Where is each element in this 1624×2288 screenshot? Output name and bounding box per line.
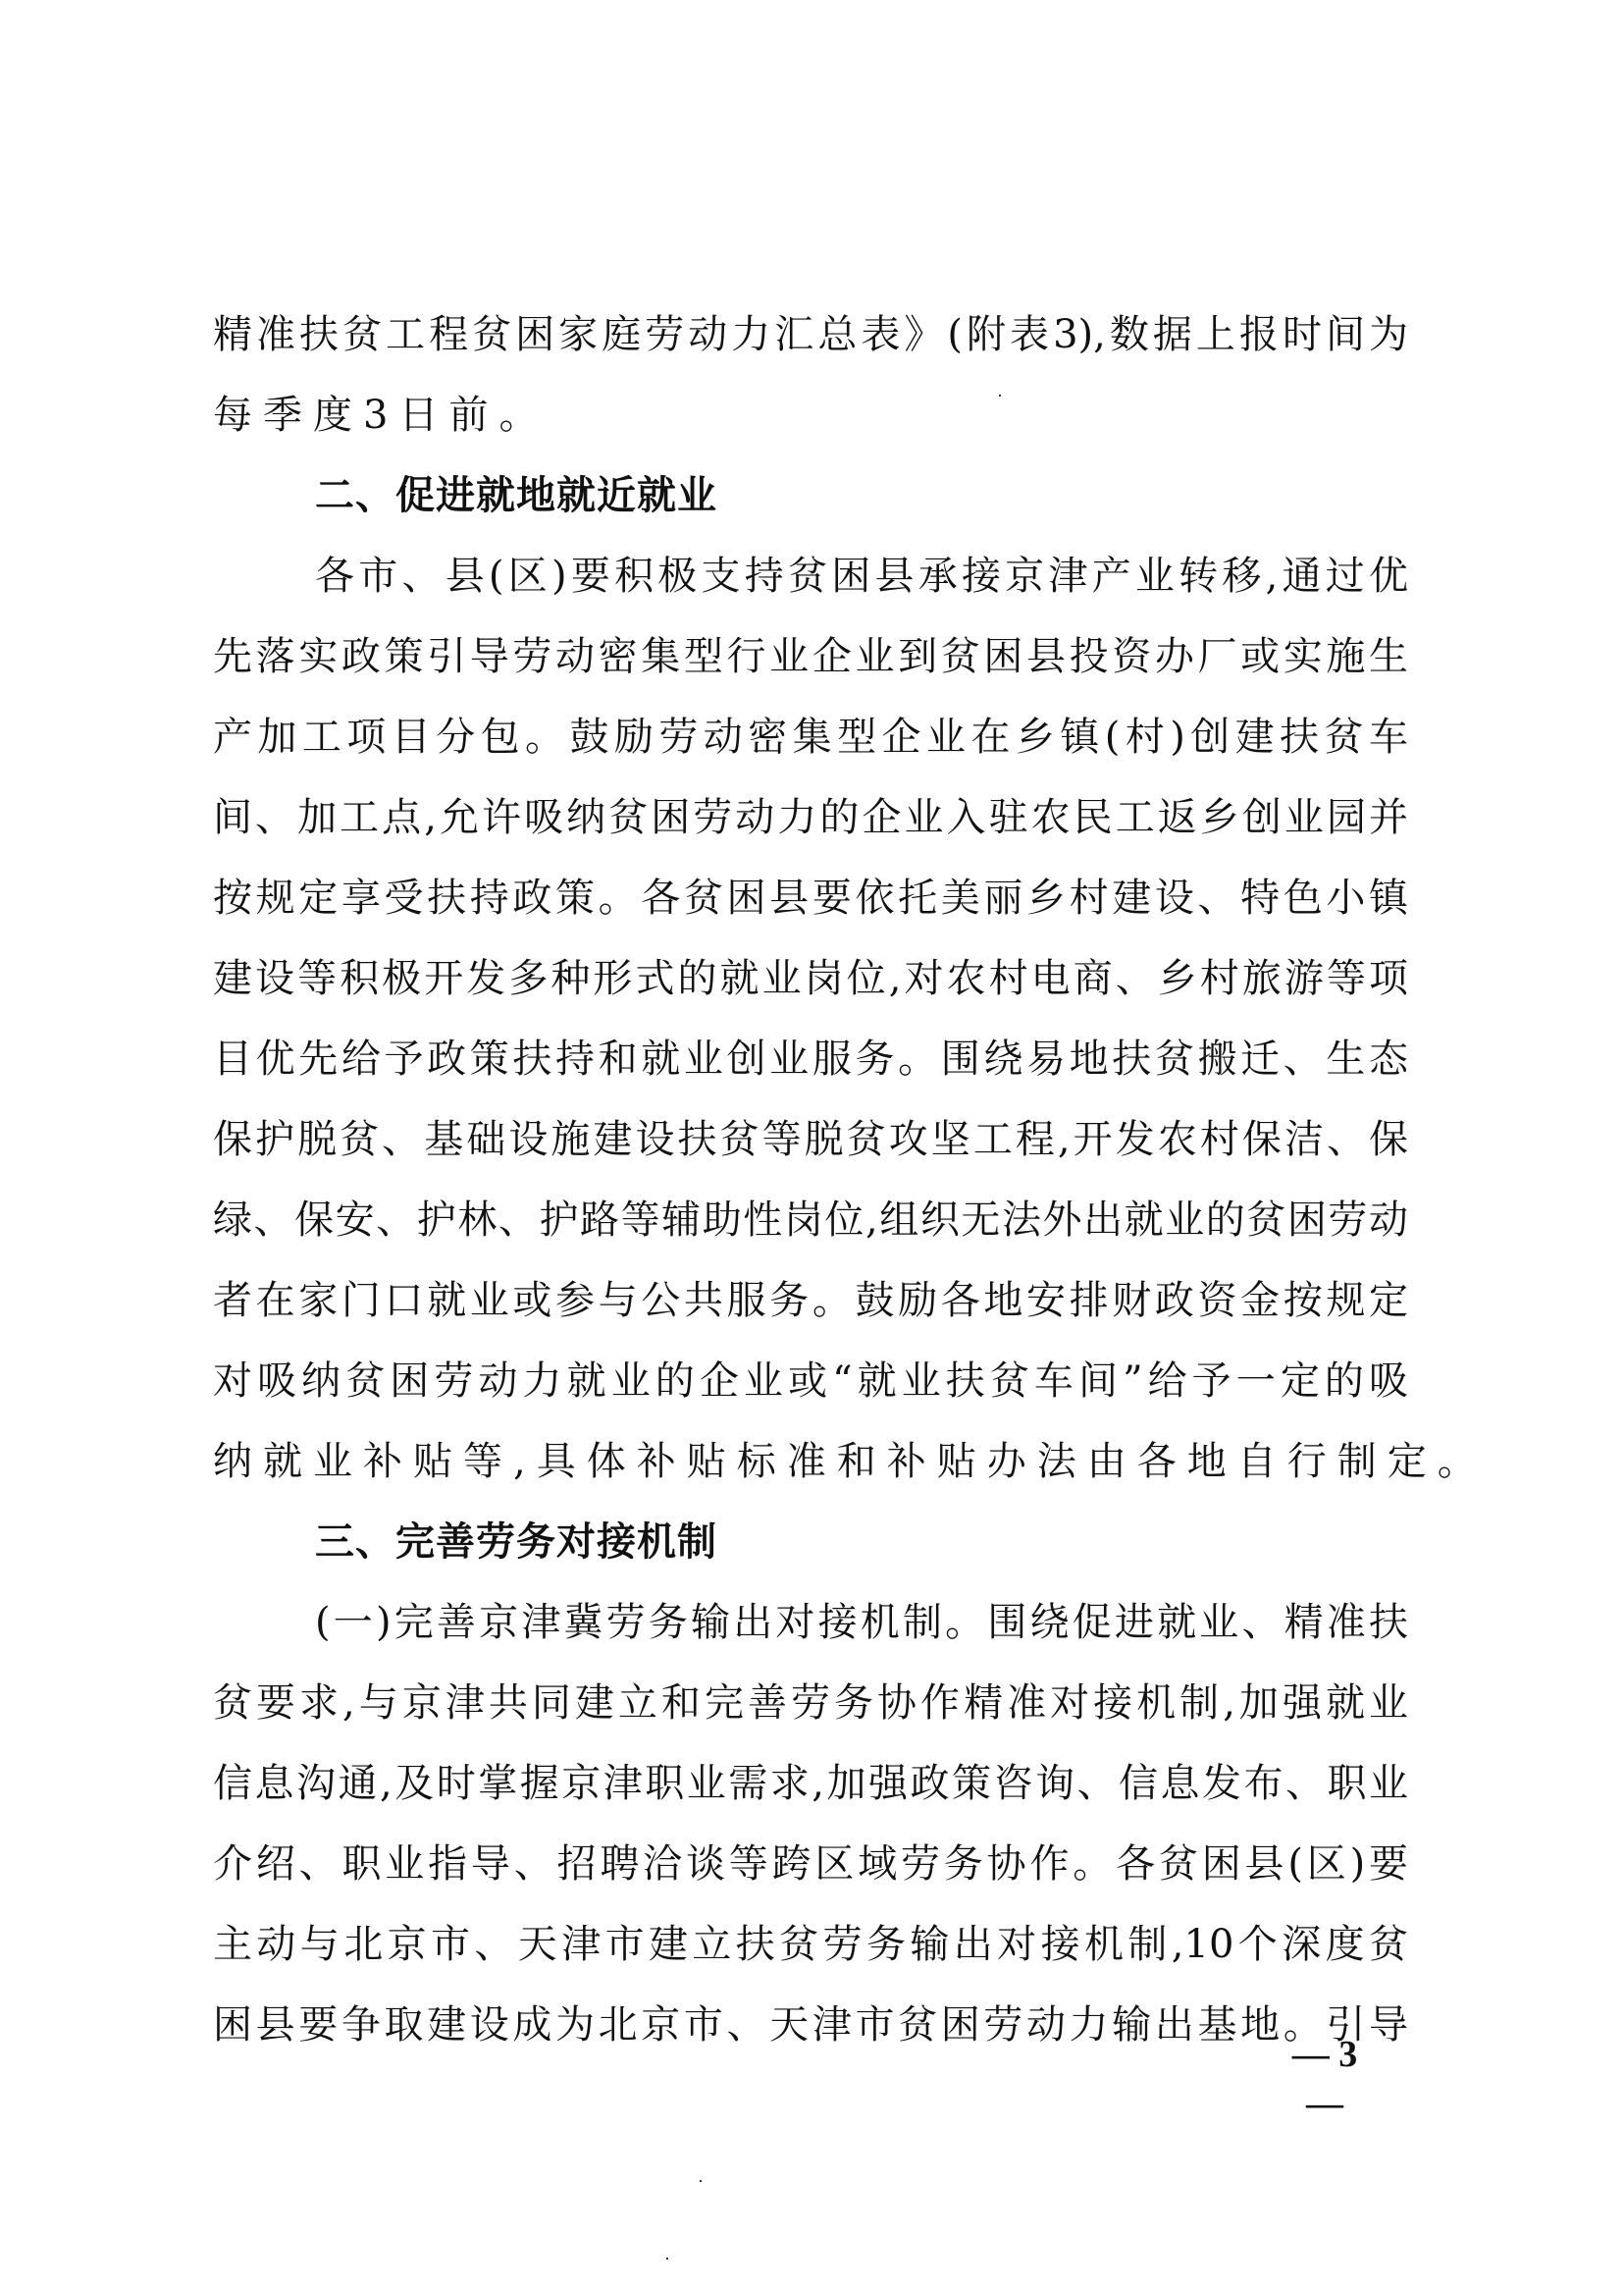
body-line: 精准扶贫工程贫困家庭劳动力汇总表》(附表3),数据上报时间为 [213, 294, 1408, 375]
body-line: 主动与北京市、天津市建立扶贫劳务输出对接机制,10个深度贫 [213, 1904, 1408, 1985]
body-line: 困县要争取建设成为北京市、天津市贫困劳动力输出基地。引导 [213, 1985, 1408, 2065]
body-line: 每季度3日前。 [213, 375, 1408, 455]
body-line: 对吸纳贫困劳动力就业的企业或“就业扶贫车间”给予一定的吸 [213, 1341, 1408, 1421]
body-line: 保护脱贫、基础设施建设扶贫等脱贫攻坚工程,开发农村保洁、保 [213, 1099, 1408, 1180]
body-line: 间、加工点,允许吸纳贫困劳动力的企业入驻农民工返乡创业园并 [213, 777, 1408, 858]
paragraph-start-line: 各市、县(区)要积极支持贫困县承接京津产业转移,通过优 [213, 536, 1408, 616]
body-line: 按规定享受扶持政策。各贫困县要依托美丽乡村建设、特色小镇 [213, 858, 1408, 938]
section-heading-2: 二、促进就地就近就业 [213, 455, 1408, 536]
body-line: 介绍、职业指导、招聘洽谈等跨区域劳务协作。各贫困县(区)要 [213, 1824, 1408, 1904]
body-line: 产加工项目分包。鼓励劳动密集型企业在乡镇(村)创建扶贫车 [213, 697, 1408, 777]
body-line: 信息沟通,及时掌握京津职业需求,加强政策咨询、信息发布、职业 [213, 1743, 1408, 1824]
scan-speck [700, 2180, 702, 2182]
document-page: 精准扶贫工程贫困家庭劳动力汇总表》(附表3),数据上报时间为 每季度3日前。 二… [0, 0, 1624, 2288]
page-number: — 3 — [1271, 2030, 1379, 2128]
body-line: 贫要求,与京津共同建立和完善劳务协作精准对接机制,加强就业 [213, 1663, 1408, 1743]
body-line: 纳就业补贴等,具体补贴标准和补贴办法由各地自行制定。 [213, 1421, 1408, 1502]
section-heading-3: 三、完善劳务对接机制 [213, 1502, 1408, 1582]
document-body: 精准扶贫工程贫困家庭劳动力汇总表》(附表3),数据上报时间为 每季度3日前。 二… [213, 294, 1408, 2065]
scan-speck [999, 395, 1001, 397]
body-line: 建设等积极开发多种形式的就业岗位,对农村电商、乡村旅游等项 [213, 938, 1408, 1019]
body-line: 绿、保安、护林、护路等辅助性岗位,组织无法外出就业的贫困劳动 [213, 1180, 1408, 1260]
body-line: 者在家门口就业或参与公共服务。鼓励各地安排财政资金按规定 [213, 1260, 1408, 1341]
paragraph-start-line: (一)完善京津冀劳务输出对接机制。围绕促进就业、精准扶 [213, 1582, 1408, 1663]
body-line: 先落实政策引导劳动密集型行业企业到贫困县投资办厂或实施生 [213, 616, 1408, 697]
body-line: 目优先给予政策扶持和就业创业服务。围绕易地扶贫搬迁、生态 [213, 1019, 1408, 1099]
scan-speck [666, 2258, 668, 2260]
